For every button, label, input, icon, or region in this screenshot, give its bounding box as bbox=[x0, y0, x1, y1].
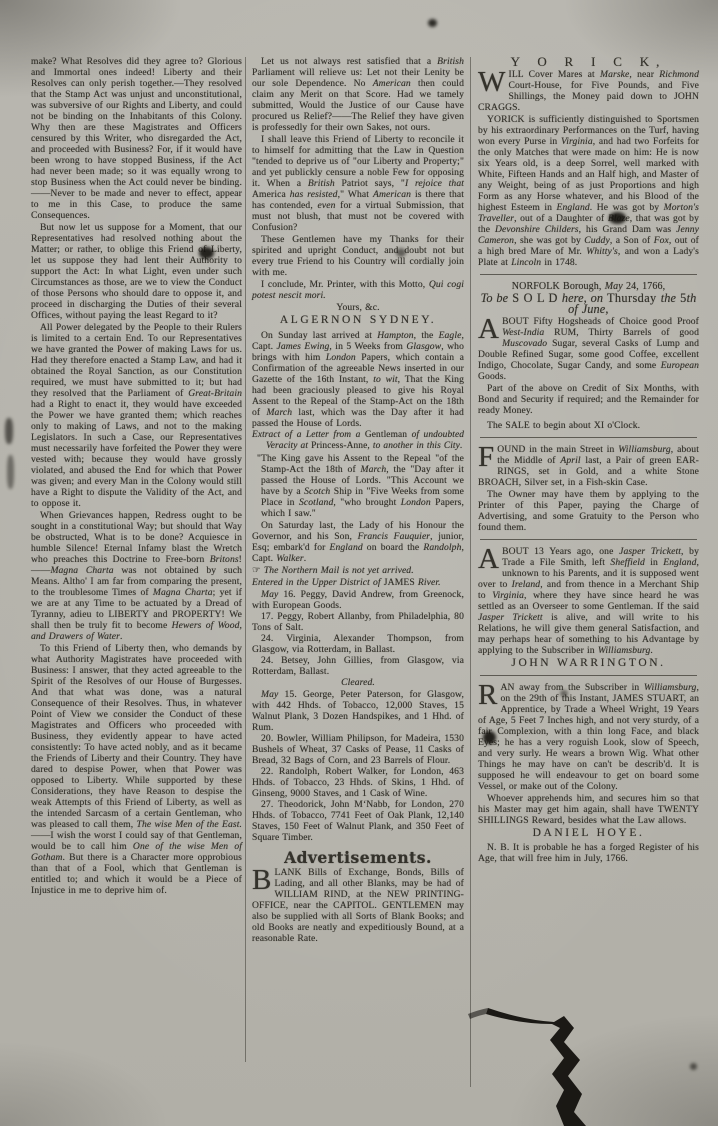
section-rule bbox=[480, 539, 697, 540]
ink-smudge bbox=[428, 19, 437, 27]
runaway-ad: Whoever apprehends him, and secures him … bbox=[478, 793, 699, 826]
yorick-ad: YORICK is sufficiently distinguished to … bbox=[478, 114, 699, 268]
extract-heading: Extract of a Letter from a Gentleman of … bbox=[252, 430, 464, 452]
blank-bills-ad: BLANK Bills of Exchange, Bonds, Bills of… bbox=[252, 867, 464, 944]
warrington-signature: JOHN WARRINGTON. bbox=[478, 658, 699, 669]
hampton-news: On Sunday last arrived at Hampton, the E… bbox=[252, 330, 464, 429]
sale-heading: To be S O L D here, on Thursday the 5th … bbox=[478, 293, 699, 315]
column-left: make? What Resolves did they agree to? G… bbox=[31, 56, 242, 897]
ink-smudge bbox=[396, 248, 406, 257]
drop-cap: A bbox=[478, 316, 502, 342]
advertisements-heading: Advertisements. bbox=[252, 852, 464, 863]
column-middle: Let us not always rest satisfied that a … bbox=[252, 56, 464, 945]
found-ad: FOUND in the main Street in Williamsburg… bbox=[478, 444, 699, 488]
drop-cap: F bbox=[478, 444, 497, 470]
column-rule-right bbox=[470, 57, 471, 1087]
hoye-signature: DANIEL HOYE. bbox=[478, 828, 699, 839]
essay-continuation: make? What Resolves did they agree to? G… bbox=[31, 56, 242, 221]
drop-cap: W bbox=[478, 69, 509, 95]
newspaper-page: make? What Resolves did they agree to? G… bbox=[0, 0, 718, 1126]
column-right: Y O R I C K,WILL Cover Mares at Marske, … bbox=[478, 56, 699, 865]
drop-cap: R bbox=[478, 682, 500, 708]
shipping-entry: 22. Randolph, Robert Walker, for London,… bbox=[252, 766, 464, 799]
shipping-entry: 27. Theodorick, John MʻNabb, for London,… bbox=[252, 799, 464, 843]
rum-sale-ad: Part of the above on Credit of Six Month… bbox=[478, 383, 699, 416]
section-rule bbox=[480, 675, 697, 676]
ink-smudge bbox=[690, 1063, 697, 1070]
essay-paragraph: These Gentlemen have my Thanks for their… bbox=[252, 234, 464, 278]
shipping-entry: 20. Bowler, William Philipson, for Madei… bbox=[252, 733, 464, 766]
shipping-entry: 17. Peggy, Robert Allanby, from Philadel… bbox=[252, 611, 464, 633]
essay-paragraph: To this Friend of Liberty then, who dema… bbox=[31, 643, 242, 896]
ink-smudge bbox=[5, 418, 13, 444]
northern-mail-note: ☞ The Northern Mail is not yet arrived. bbox=[252, 565, 464, 576]
essay-paragraph: When Grievances happen, Redress ought to… bbox=[31, 510, 242, 642]
fauquier-news: On Saturday last, the Lady of his Honour… bbox=[252, 520, 464, 564]
ink-smudge bbox=[199, 247, 214, 259]
shipping-entry: May 16. Peggy, David Andrew, from Greeno… bbox=[252, 589, 464, 611]
algernon-sydney-signature: ALGERNON SYDNEY. bbox=[252, 315, 464, 326]
shipping-entered-heading: Entered in the Upper District of JAMES R… bbox=[252, 577, 464, 588]
yours-etc: Yours, &c. bbox=[252, 302, 464, 313]
section-rule bbox=[480, 274, 697, 275]
extract-quote: "The King gave his Assent to the Repeal … bbox=[252, 453, 464, 519]
yorick-ad: WILL Cover Mares at Marske, near Richmon… bbox=[478, 69, 699, 113]
runaway-nb: N. B. It is probable he has a forged Reg… bbox=[478, 842, 699, 864]
column-rule-left bbox=[245, 57, 246, 1062]
ink-smudge bbox=[7, 455, 14, 489]
section-rule bbox=[480, 437, 697, 438]
ink-smudge bbox=[560, 690, 568, 697]
ink-smudge bbox=[609, 212, 626, 224]
motto-paragraph: I conclude, Mr. Printer, with this Motto… bbox=[252, 279, 464, 301]
drop-cap: B bbox=[252, 867, 274, 893]
essay-paragraph: Let us not always rest satisfied that a … bbox=[252, 56, 464, 133]
page-tear bbox=[468, 992, 658, 1126]
yorick-heading: Y O R I C K, bbox=[478, 56, 699, 67]
found-ad: The Owner may have them by applying to t… bbox=[478, 489, 699, 533]
ink-smudge bbox=[483, 731, 496, 744]
essay-paragraph: But now let us suppose for a Moment, tha… bbox=[31, 222, 242, 321]
shipping-entry: May 15. George, Peter Paterson, for Glas… bbox=[252, 689, 464, 733]
drop-cap: A bbox=[478, 546, 502, 572]
shipping-entry: 24. Betsey, John Gillies, from Glasgow, … bbox=[252, 655, 464, 677]
trickett-notice: ABOUT 13 Years ago, one Jasper Trickett,… bbox=[478, 546, 699, 656]
rum-sale-ad: ABOUT Fifty Hogsheads of Choice good Pro… bbox=[478, 316, 699, 382]
shipping-cleared-heading: Cleared. bbox=[252, 677, 464, 688]
essay-paragraph: All Power delegated by the People to the… bbox=[31, 322, 242, 509]
shipping-entry: 24. Virginia, Alexander Thompson, from G… bbox=[252, 633, 464, 655]
sale-time: The SALE to begin about XI o'Clock. bbox=[478, 420, 699, 431]
essay-paragraph: I shall leave this Friend of Liberty to … bbox=[252, 134, 464, 233]
runaway-ad: RAN away from the Subscriber in Williams… bbox=[478, 682, 699, 792]
